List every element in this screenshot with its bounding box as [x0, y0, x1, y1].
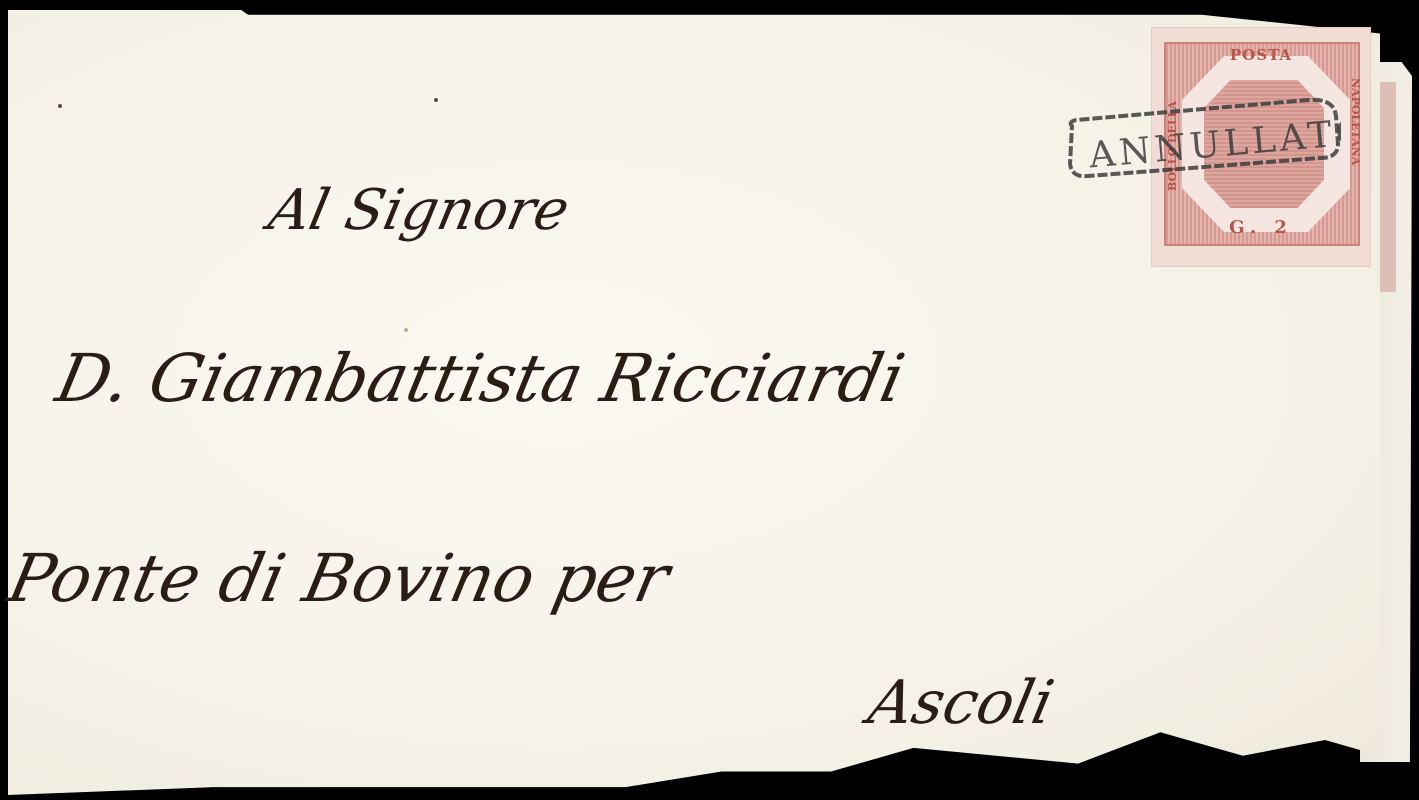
- address-salutation: Al Signore: [263, 178, 575, 243]
- stamp-value: G. 2: [1152, 217, 1370, 238]
- address-destination: Ascoli: [863, 668, 1060, 738]
- foxing-spot: [404, 328, 408, 332]
- stamp-right-text: NAPOLETANA: [1349, 78, 1362, 90]
- address-recipient: D. Giambattista Ricciardi: [50, 340, 911, 417]
- stamp-top-text: POSTA: [1152, 46, 1370, 64]
- ink-speck: [434, 98, 438, 102]
- cancellation-text: ANNULLATO: [1086, 111, 1341, 176]
- ink-speck: [58, 104, 62, 108]
- annullato-cancellation: ANNULLATO: [1058, 92, 1341, 178]
- address-locality: Ponte di Bovino per: [2, 540, 676, 617]
